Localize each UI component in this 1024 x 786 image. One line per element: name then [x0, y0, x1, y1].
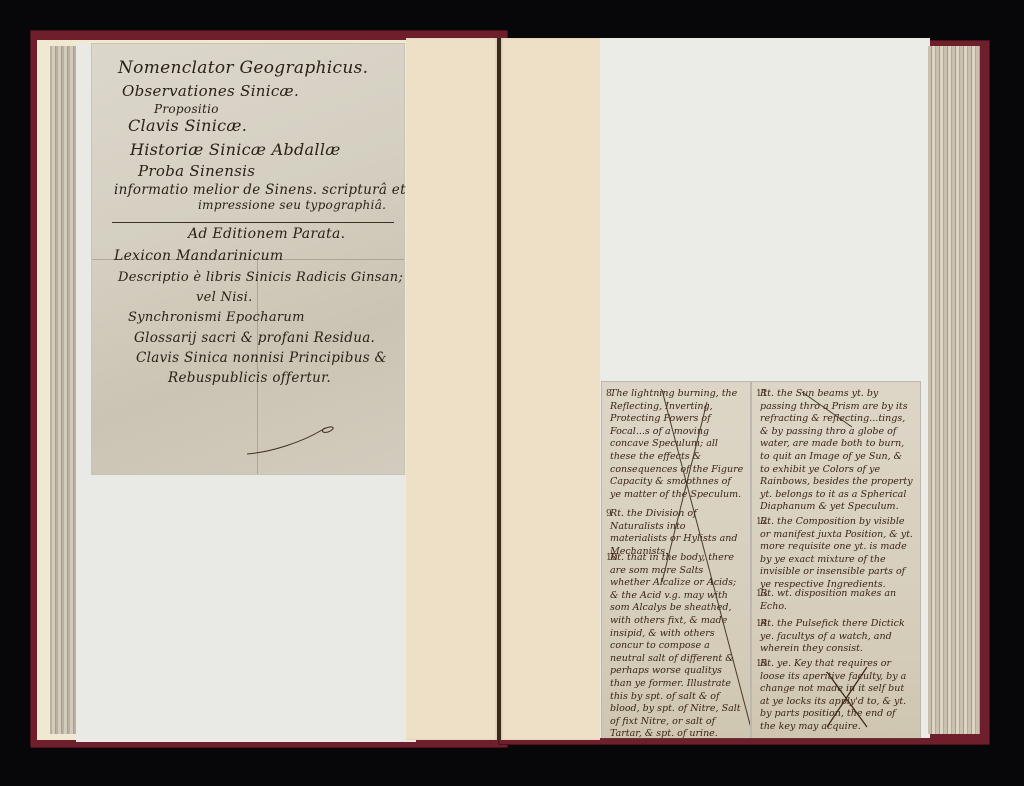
page-edges-right	[928, 46, 980, 734]
entry-text: The lightning burning, the Reflecting, I…	[610, 388, 743, 500]
flourish-mark	[242, 422, 342, 462]
entry-text: Rt. the Sun beams yt. by passing thro a …	[760, 388, 913, 512]
manuscript-line: Nomenclator Geographicus.	[118, 58, 368, 78]
entry-number: 10	[606, 552, 617, 565]
entry-text: Rt. ye. Key that requires or loose its a…	[760, 658, 906, 732]
guard-strip-left	[406, 38, 498, 740]
slip-entry: 15 Rt. ye. Key that requires or loose it…	[760, 658, 914, 734]
entry-number: 8	[606, 388, 612, 401]
entry-text: Rt. the Pulsefick there Dictick ye. facu…	[760, 618, 905, 654]
manuscript-line: Synchronismi Epocharum	[128, 310, 305, 325]
gutter	[497, 38, 501, 740]
entry-number: 11	[756, 388, 767, 401]
manuscript-line: Clavis Sinica nonnisi Principibus &	[136, 350, 387, 366]
entry-text: Rt. the Composition by visible or manife…	[760, 516, 913, 590]
manuscript-line: informatio melior de Sinens. scripturâ e…	[114, 182, 406, 198]
slip-entry: 14 Rt. the Pulsefick there Dictick ye. f…	[760, 618, 914, 656]
entry-number: 9	[606, 508, 612, 521]
manuscript-slip-right: 11 Rt. the Sun beams yt. by passing thro…	[752, 382, 920, 738]
manuscript-leaf-left: Nomenclator Geographicus. Observationes …	[92, 44, 404, 474]
manuscript-line: Clavis Sinicæ.	[128, 116, 247, 135]
slip-entry: 9 Rt. the Division of Naturalists into m…	[610, 508, 744, 558]
manuscript-slip-left: 8 The lightning burning, the Reflecting,…	[602, 382, 750, 738]
manuscript-line: Propositio	[154, 102, 219, 116]
entry-text: Rt. the Division of Naturalists into mat…	[610, 508, 737, 557]
entry-number: 14	[756, 618, 767, 631]
entry-number: 15	[756, 658, 767, 671]
manuscript-line: Observationes Sinicæ.	[122, 82, 299, 100]
manuscript-line: vel Nisi.	[196, 290, 253, 305]
entry-number: 13	[756, 588, 767, 601]
entry-text: Rt. wt. disposition makes an Echo.	[760, 588, 896, 612]
manuscript-line: Descriptio è libris Sinicis Radicis Gins…	[118, 270, 403, 285]
guard-strip-right	[500, 38, 600, 740]
entry-text: Rt. that in the body, there are som more…	[610, 552, 741, 739]
manuscript-heading: Ad Editionem Parata.	[188, 226, 345, 242]
manuscript-line: Historiæ Sinicæ Abdallæ	[130, 140, 341, 159]
slip-entry: 11 Rt. the Sun beams yt. by passing thro…	[760, 388, 914, 514]
slip-entry: 8 The lightning burning, the Reflecting,…	[610, 388, 744, 501]
slip-entry: 10 Rt. that in the body, there are som m…	[610, 552, 744, 741]
slip-entry: 12 Rt. the Composition by visible or man…	[760, 516, 914, 592]
manuscript-line: Glossarij sacri & profani Residua.	[134, 330, 375, 346]
entry-number: 12	[756, 516, 767, 529]
manuscript-line: Proba Sinensis	[138, 162, 255, 180]
manuscript-line: impressione seu typographiâ.	[198, 198, 386, 212]
manuscript-line: Rebuspublicis offertur.	[168, 370, 331, 386]
slip-entry: 13 Rt. wt. disposition makes an Echo.	[760, 588, 914, 613]
manuscript-line: Lexicon Mandarinicum	[114, 248, 284, 264]
divider-rule	[112, 222, 394, 223]
